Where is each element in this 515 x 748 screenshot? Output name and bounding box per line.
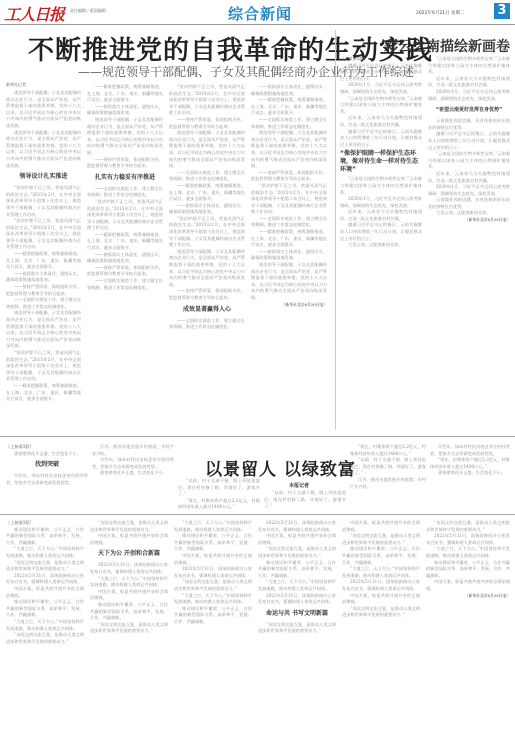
- paragraph: ——精准把握政策，统筹兼顾推进。在上海、北京、广东、重庆、新疆等地先行试点，逐步…: [6, 383, 81, 403]
- paragraph: 2022年5月31日，国务院新闻办公室发布白皮书，强调构建人类命运共同体。: [6, 573, 84, 586]
- paragraph: ——精准把握政策，统筹兼顾推进。在上海、北京、广东、重庆、新疆等地先行试点，逐步…: [251, 97, 327, 117]
- lead-column-1: 规范领导干部配偶、子女及其配偶经商办企业行为，是全面从严治党、从严管理监督干部的…: [6, 90, 81, 430]
- paragraph: “云南是全国的生物多样性宝库。”云南着力构建以国家公园为主体的自然保护地体系。: [340, 96, 422, 116]
- section-head: 成效显著赢得人心: [169, 304, 245, 316]
- paragraph: 蒲家壁荷花开正盛，生活变化不小。: [6, 451, 88, 458]
- section-title: 综合新闻: [228, 3, 292, 24]
- paragraph: 早些年，绿岛村村民由桂芝茶庄的经营者，把家乡生态资源变成发展优势。: [92, 457, 174, 470]
- paragraph: 推动建设和平繁荣、公平正义、合作共赢的新型国际关系，高举和平、发展、合作、共赢旗…: [342, 546, 420, 566]
- bottom-column-2: “各国文明交流互鉴，是推动人类文明进步和世界和平发展的重要动力。” 中国方案，彰…: [90, 520, 168, 746]
- paragraph: “各国文明交流互鉴，是推动人类文明进步和世界和平发展的重要动力。”: [342, 606, 420, 619]
- continued-marker: （上接第1版）: [6, 520, 84, 527]
- paragraph: “云南是全国的生物多样性宝库。”云南着力构建以国家公园为主体的自然保护地体系。: [340, 176, 422, 196]
- column-divider: [335, 30, 336, 430]
- section-head: 找到突破: [6, 459, 88, 471]
- paragraph: 近年来，云南省大力实施特色村镇建设，打造一批文化旅游名村名镇。: [428, 171, 510, 184]
- paragraph: 蒲家壁荷花开正盛，生活变化不小。: [430, 470, 510, 477]
- paragraph: 2020年1月，习近平总书记到云南考察调研，强调坚持生态优先、绿色发展。: [340, 82, 422, 95]
- right-article-title: 彩云之南描绘新画卷: [384, 36, 510, 56]
- paragraph: ——全面抓实规范工作，建立健全长效机制，推进工作常态化制度化。: [6, 297, 81, 310]
- right-column-1: （上接第1版） 遵循习近平总书记的指示，云南实施脱贫人口持续增收三年行动计划，让…: [340, 56, 422, 430]
- paragraph: “云南是全国的生物多样性宝库。”云南着力构建以国家公园为主体的自然保护地体系。: [428, 56, 510, 76]
- paragraph: “大道之行，天下为公。”中国坚持和平发展道路，推动构建人类命运共同体。: [426, 546, 510, 559]
- paragraph: ——全面抓实规范工作，建立健全长效机制，推进工作常态化制度化。: [169, 170, 245, 183]
- paragraph: ——精准把握政策，统筹兼顾推进。在上海、北京、广东、重庆、新疆等地先行试点，逐步…: [169, 183, 245, 203]
- bottom-column-1: （上接第1版） 推动建设和平繁荣、公平正义、合作共赢的新型国际关系，高举和平、发…: [6, 520, 84, 746]
- bottom-column-5: 中国方案，彰显共商共建共享的全球治理观。 “各国文明交流互鉴，是推动人类文明进步…: [342, 520, 420, 746]
- paragraph: “各国文明交流互鉴，是推动人类文明进步和世界和平发展的重要动力。”: [6, 632, 84, 645]
- paragraph: “大道之行，天下为公。”中国坚持和平发展道路，推动构建人类命运共同体。: [174, 520, 252, 533]
- paragraph: 中国方案，彰显共商共建共享的全球治理观。: [342, 593, 420, 606]
- paragraph: ——全面抓实规范工作，建立健全长效机制，推进工作常态化制度化。: [87, 186, 163, 199]
- paragraph: “坚决铲除不正之风，营造风清气正的政治生态。”2015年2月，在中央全面深化改革…: [6, 185, 81, 218]
- paragraph: ——狠抓落实主体责任，逐级压实，确保政策措施落地见效。: [251, 249, 327, 262]
- paragraph: 江苏、陕西多地发展乡村旅游，乡村产业兴旺。: [350, 477, 426, 490]
- paragraph: “各国文明交流互鉴，是推动人类文明进步和世界和平发展的重要动力。”: [342, 533, 420, 546]
- paragraph: 中国方案，彰显共商共建共享的全球治理观。: [90, 589, 168, 602]
- band-article-title: 以景留人 以绿致富: [205, 455, 356, 480]
- masthead: 工人日报 责任编辑 / 版面编辑 综合新闻 2022年6月21日 星期二 3: [0, 0, 515, 25]
- paragraph: 2020年1月，习近平总书记到云南考察调研，强调坚持生态优先、绿色发展。: [428, 89, 510, 102]
- paragraph: 2020年1月，习近平总书记到云南考察调研，强调坚持生态优先、绿色发展。: [428, 184, 510, 197]
- band-column-1: （上接第1版） 蒲家壁荷花开正盛，生活变化不小。 找到突破 早些年，绿岛村村民由…: [6, 444, 88, 510]
- paragraph: 规范领导干部配偶、子女及其配偶经商办企业行为，是全面从严治党、从严管理监督干部的…: [6, 310, 81, 350]
- paragraph: “现在，村集体资产超过2.2亿元，村集体经济年收入超过1400万元。”: [350, 444, 426, 457]
- paragraph: 推动建设和平繁荣、公平正义、合作共赢的新型国际关系，高举和平、发展、合作、共赢旗…: [174, 533, 252, 553]
- paragraph: “以前，村子交通不便，路上到处是泥巴；现在村里修了路，环境好了，游客多了。”: [178, 478, 260, 498]
- paragraph: 规范领导干部配偶、子女及其配偶经商办企业行为，是全面从严治党、从严管理监督干部的…: [251, 130, 327, 170]
- paragraph: 中国方案，彰显共商共建共享的全球治理观。: [426, 579, 510, 592]
- paragraph: “云南是全国的生物多样性宝库。”云南着力构建以国家公园为主体的自然保护地体系。: [428, 151, 510, 171]
- paragraph: “大道之行，天下为公。”中国坚持和平发展道路，推动构建人类命运共同体。: [6, 546, 84, 559]
- band-column-5: “现在，村集体资产超过2.2亿元，村集体经济年收入超过1400万元。” “以前，…: [350, 444, 426, 510]
- paragraph: 2020年1月，习近平总书记到云南考察调研，强调坚持生态优先、绿色发展。: [340, 196, 422, 209]
- paragraph: ——精准把握政策，统筹兼顾推进。在上海、北京、广东、重庆、新疆等地先行试点，逐步…: [6, 251, 81, 271]
- section-head: “像保护眼睛一样保护生态环境，像对待生命一样对待生态环境”: [340, 150, 422, 174]
- issue-date: 2022年6月21日 星期二: [416, 10, 464, 16]
- paragraph: ——坚持严管厚爱，体现组织关怀。把监督管理与教育引导结合起来。: [87, 157, 163, 170]
- paragraph: “坚决铲除不正之风，营造风清气正的政治生态。”2015年2月，在中央全面深化改革…: [251, 183, 327, 216]
- paragraph: ——狠抓落实主体责任，逐级压实，确保政策措施落地见效。: [251, 84, 327, 97]
- paragraph: “以前，村子交通不便，路上到处是泥巴；现在村里修了路，环境好了，游客多了。”: [350, 457, 426, 477]
- paragraph: 大美云南，正绽放新的光彩。: [340, 242, 422, 249]
- paragraph: 云南地处西南边陲，具有连接南亚东南亚的独特区位优势。: [428, 197, 510, 210]
- lead-column-2: ——精准把握政策，统筹兼顾推进。在上海、北京、广东、重庆、新疆等地先行试点，逐步…: [87, 84, 163, 430]
- bottom-column-3: “大道之行，天下为公。”中国坚持和平发展道路，推动构建人类命运共同体。 推动建设…: [174, 520, 252, 746]
- paragraph: 2022年5月31日，国务院新闻办公室发布白皮书，强调构建人类命运共同体。: [342, 579, 420, 592]
- paragraph: ——狠抓落实主体责任，逐级压实，确保政策措施落地见效。: [87, 252, 163, 265]
- paragraph: ——全面抓实规范工作，建立健全长效机制，推进工作常态化制度化。: [87, 278, 163, 291]
- paragraph: 早些年，绿岛村村民由桂芝茶庄的经营者，把家乡生态资源变成发展优势。: [430, 444, 510, 457]
- paragraph: 遵循习近平总书记的指示，云南实施脱贫人口持续增收三年行动计划，让脱贫群众过上更好…: [428, 131, 510, 151]
- paragraph: 推动建设和平繁荣、公平正义、合作共赢的新型国际关系，高举和平、发展、合作、共赢旗…: [258, 560, 336, 580]
- lead-column-4: ——狠抓落实主体责任，逐级压实，确保政策措施落地见效。 ——精准把握政策，统筹兼…: [251, 84, 327, 430]
- paragraph: 2022年5月31日，国务院新闻办公室发布白皮书，强调构建人类命运共同体。: [258, 520, 336, 533]
- paragraph: “各国文明交流互鉴，是推动人类文明进步和世界和平发展的重要动力。”: [174, 579, 252, 592]
- section-head: 命运与共 书写文明新篇: [258, 608, 336, 620]
- paragraph: “坚决铲除不正之风，营造风清气正的政治生态。”2015年2月，在中央全面深化改革…: [6, 350, 81, 383]
- paragraph: 中国方案，彰显共商共建共享的全球治理观。: [6, 586, 84, 599]
- paragraph: “大道之行，天下为公。”中国坚持和平发展道路，推动构建人类命运共同体。: [342, 566, 420, 579]
- article-source: （新华社北京6月20日电）: [428, 217, 510, 223]
- paragraph: 遵循习近平总书记的指示，云南实施脱贫人口持续增收三年行动计划，让脱贫群众过上更好…: [340, 129, 422, 149]
- paragraph: ——坚持严管厚爱，体现组织关怀。把监督管理与教育引导结合起来。: [169, 288, 245, 301]
- article-source: （新华社北京6月20日电）: [426, 593, 510, 599]
- paragraph: “坚决铲除不正之风，营造风清气正的政治生态。”2015年2月，在中央全面深化改革…: [169, 216, 245, 249]
- band-column-3: “以前，村子交通不便，路上到处是泥巴；现在村里修了路，环境好了，游客多了。” “…: [178, 478, 260, 510]
- paragraph: “大道之行，天下为公。”中国坚持和平发展道路，推动构建人类命运共同体。: [174, 593, 252, 606]
- paragraph: 早些年，绿岛村村民由桂芝茶庄的经营者，把家乡生态资源变成发展优势。: [6, 473, 88, 486]
- newspaper-logo: 工人日报: [4, 2, 64, 25]
- paragraph: 蒲家壁荷花开正盛，生活变化不小。: [92, 470, 174, 477]
- paragraph: 云南地处西南边陲，具有连接南亚东南亚的独特区位优势。: [428, 118, 510, 131]
- band-column-2: 江苏、陕西多地发展乡村旅游，乡村产业兴旺。 早些年，绿岛村村民由桂芝茶庄的经营者…: [92, 444, 174, 510]
- section-head: 领导设计扎实推进: [6, 171, 81, 183]
- paragraph: 中国方案，彰显共商共建共享的全球治理观。: [258, 533, 336, 546]
- continued-marker: （上接第1版）: [6, 444, 88, 451]
- paragraph: 中国方案，彰显共商共建共享的全球治理观。: [342, 520, 420, 533]
- paragraph: 规范领导干部配偶、子女及其配偶经商办企业行为，是全面从严治党、从严管理监督干部的…: [251, 262, 327, 302]
- paragraph: 规范领导干部配偶、子女及其配偶经商办企业行为，是全面从严治党、从严管理监督干部的…: [6, 130, 81, 170]
- paragraph: 遵循习近平总书记的指示，云南实施脱贫人口持续增收三年行动计划，让脱贫群众过上更好…: [340, 222, 422, 242]
- bottom-column-6: “各国文明交流互鉴，是推动人类文明进步和世界和平发展的重要动力。” 2022年5…: [426, 520, 510, 746]
- paragraph: “现在，村集体资产超过2.2亿元，村集体经济年收入超过1400万元。”: [430, 457, 510, 470]
- paragraph: 中国方案，彰显共商共建共享的全球治理观。: [90, 533, 168, 546]
- band-column-6: 早些年，绿岛村村民由桂芝茶庄的经营者，把家乡生态资源变成发展优势。 “现在，村集…: [430, 444, 510, 510]
- paragraph: ——全面抓实规范工作，建立健全长效机制，推进工作常态化制度化。: [251, 216, 327, 229]
- paragraph: ——狠抓落实主体责任，逐级压实，确保政策措施落地见效。: [6, 271, 81, 284]
- lead-column-3: “坚决铲除不正之风，营造风清气正的政治生态。”2015年2月，在中央全面深化改革…: [169, 84, 245, 430]
- band-column-4: “以前，村子交通不便，路上到处是泥巴；现在村里修了路，环境好了，游客多了。”: [264, 490, 346, 510]
- bottom-column-4: 2022年5月31日，国务院新闻办公室发布白皮书，强调构建人类命运共同体。 中国…: [258, 520, 336, 746]
- paragraph: “现在，村集体资产超过2.2亿元，村集体经济年收入超过1400万元。”: [178, 498, 260, 510]
- paragraph: 推动建设和平繁荣、公平正义、合作共赢的新型国际关系，高举和平、发展、合作、共赢旗…: [6, 527, 84, 547]
- editor-credit: 责任编辑 / 版面编辑: [70, 8, 106, 14]
- paragraph: 规范领导干部配偶、子女及其配偶经商办企业行为，是全面从严治党、从严管理监督干部的…: [169, 249, 245, 289]
- section-divider: [0, 514, 515, 515]
- paragraph: ——精准把握政策，统筹兼顾推进。在上海、北京、广东、重庆、新疆等地先行试点，逐步…: [87, 84, 163, 104]
- section-head: 天下为公 开创和合新篇: [90, 548, 168, 560]
- paragraph: 江苏、陕西多地发展乡村旅游，乡村产业兴旺。: [92, 444, 174, 457]
- section-divider: [0, 436, 515, 437]
- paragraph: ——精准把握政策，统筹兼顾推进。在上海、北京、广东、重庆、新疆等地先行试点，逐步…: [87, 232, 163, 252]
- paragraph: ——坚持严管厚爱，体现组织关怀。把监督管理与教育引导结合起来。: [87, 265, 163, 278]
- lead-byline: 新华社记者: [6, 82, 26, 88]
- paragraph: ——狠抓落实主体责任，逐级压实，确保政策措施落地见效。: [87, 104, 163, 117]
- paragraph: ——全面抓实规范工作，建立健全长效机制，推进工作常态化制度化。: [169, 318, 245, 331]
- paragraph: 中国方案，彰显共商共建共享的全球治理观。: [174, 553, 252, 566]
- paragraph: “各国文明交流互鉴，是推动人类文明进步和世界和平发展的重要动力。”: [426, 520, 510, 533]
- page-number-badge: 3: [494, 3, 510, 19]
- paragraph: ——精准把握政策，统筹兼顾推进。在上海、北京、广东、重庆、新疆等地先行试点，逐步…: [251, 229, 327, 249]
- paragraph: “各国文明交流互鉴，是推动人类文明进步和世界和平发展的重要动力。”: [90, 622, 168, 635]
- paragraph: 推动建设和平繁荣、公平正义、合作共赢的新型国际关系，高举和平、发展、合作、共赢旗…: [6, 599, 84, 619]
- paragraph: “各国文明交流互鉴，是推动人类文明进步和世界和平发展的重要动力。”: [258, 622, 336, 635]
- paragraph: 推动建设和平繁荣、公平正义、合作共赢的新型国际关系，高举和平、发展、合作、共赢旗…: [426, 560, 510, 580]
- paragraph: ——坚持严管厚爱，体现组织关怀。把监督管理与教育引导结合起来。: [169, 117, 245, 130]
- paragraph: “大道之行，天下为公。”中国坚持和平发展道路，推动构建人类命运共同体。: [258, 579, 336, 592]
- right-column-2: “云南是全国的生物多样性宝库。”云南着力构建以国家公园为主体的自然保护地体系。 …: [428, 56, 510, 430]
- paragraph: “各国文明交流互鉴，是推动人类文明进步和世界和平发展的重要动力。”: [258, 546, 336, 559]
- paragraph: “坚决铲除不正之风，营造风清气正的政治生态。”2015年2月，在中央全面深化改革…: [169, 84, 245, 117]
- paragraph: “各国文明交流互鉴，是推动人类文明进步和世界和平发展的重要动力。”: [90, 520, 168, 533]
- paragraph: 2022年5月31日，国务院新闻办公室发布白皮书，强调构建人类命运共同体。: [90, 562, 168, 575]
- paragraph: “各国文明交流互鉴，是推动人类文明进步和世界和平发展的重要动力。”: [6, 560, 84, 573]
- paragraph: 近年来，云南省大力实施特色村镇建设，打造一批文化旅游名村名镇。: [428, 76, 510, 89]
- paragraph: “坚决铲除不正之风，营造风清气正的政治生态。”2015年2月，在中央全面深化改革…: [87, 199, 163, 232]
- paragraph: “坚决铲除不正之风，营造风清气正的政治生态。”2015年2月，在中央全面深化改革…: [6, 218, 81, 251]
- paragraph: 规范领导干部配偶、子女及其配偶经商办企业行为，是全面从严治党、从严管理监督干部的…: [87, 117, 163, 157]
- paragraph: 推动建设和平繁荣、公平正义、合作共赢的新型国际关系，高举和平、发展、合作、共赢旗…: [174, 606, 252, 626]
- paragraph: “大道之行，天下为公。”中国坚持和平发展道路，推动构建人类命运共同体。: [90, 576, 168, 589]
- article-source: （新华社北京6月20日电）: [251, 302, 327, 308]
- paragraph: ——坚持严管厚爱，体现组织关怀。把监督管理与教育引导结合起来。: [6, 284, 81, 297]
- paragraph: 大美云南，正绽放新的光彩。: [428, 210, 510, 217]
- paragraph: 2022年5月31日，国务院新闻办公室发布白皮书，强调构建人类命运共同体。: [426, 533, 510, 546]
- paragraph: 遵循习近平总书记的指示，云南实施脱贫人口持续增收三年行动计划，让脱贫群众过上更好…: [340, 63, 422, 83]
- paragraph: 近年来，云南省大力实施特色村镇建设，打造一批文化旅游名村名镇。: [340, 115, 422, 128]
- paragraph: 2022年5月31日，国务院新闻办公室发布白皮书，强调构建人类命运共同体。: [258, 593, 336, 606]
- section-head: 扎实有力稳妥有序推进: [87, 172, 163, 184]
- paragraph: 推动建设和平繁荣、公平正义、合作共赢的新型国际关系，高举和平、发展、合作、共赢旗…: [90, 602, 168, 622]
- paragraph: 规范领导干部配偶、子女及其配偶经商办企业行为，是全面从严治党、从严管理监督干部的…: [6, 90, 81, 130]
- paragraph: ——坚持严管厚爱，体现组织关怀。把监督管理与教育引导结合起来。: [251, 170, 327, 183]
- paragraph: “以前，村子交通不便，路上到处是泥巴；现在村里修了路，环境好了，游客多了。”: [264, 490, 346, 510]
- paragraph: “大道之行，天下为公。”中国坚持和平发展道路，推动构建人类命运共同体。: [6, 619, 84, 632]
- paragraph: 近年来，云南省大力实施特色村镇建设，打造一批文化旅游名村名镇。: [340, 209, 422, 222]
- band-byline: 本报记者: [289, 482, 309, 489]
- section-head: “希望云南更好发挥自身优势”: [428, 104, 510, 116]
- paragraph: 2022年5月31日，国务院新闻办公室发布白皮书，强调构建人类命运共同体。: [174, 566, 252, 579]
- continued-marker: （上接第1版）: [340, 56, 422, 63]
- paragraph: ——全面抓实规范工作，建立健全长效机制，推进工作常态化制度化。: [251, 117, 327, 130]
- paragraph: ——狠抓落实主体责任，逐级压实，确保政策措施落地见效。: [169, 203, 245, 216]
- paragraph: 规范领导干部配偶、子女及其配偶经商办企业行为，是全面从严治党、从严管理监督干部的…: [169, 130, 245, 170]
